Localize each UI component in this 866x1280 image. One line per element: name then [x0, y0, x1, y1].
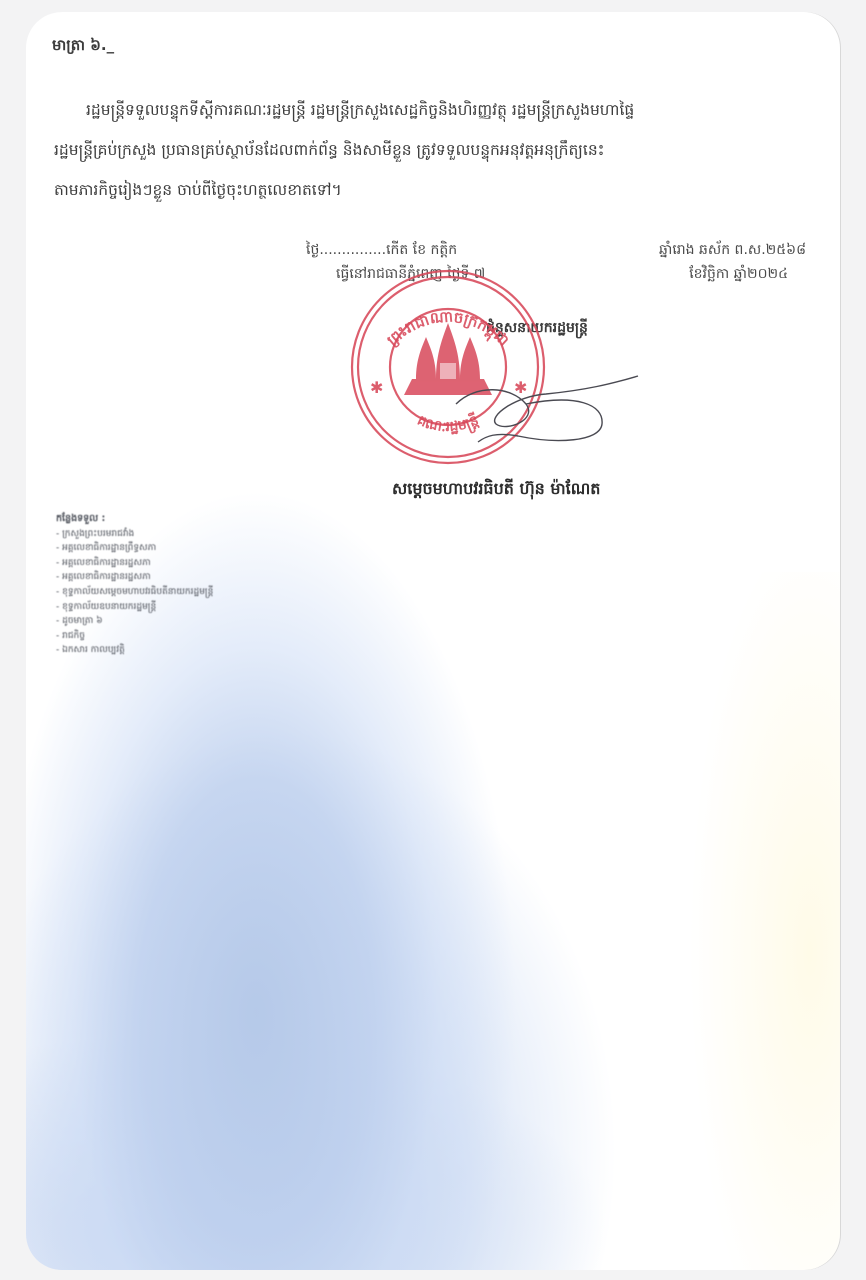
distribution-item: - អគ្គលេខាធិការដ្ឋានព្រឹទ្ធសភា — [56, 541, 213, 556]
signature-icon — [426, 364, 646, 454]
paragraph-line: រដ្ឋមន្ត្រីទទួលបន្ទុកទីស្តីការគណៈរដ្ឋមន្… — [54, 90, 794, 130]
warm-light-overlay — [660, 572, 840, 1270]
lunar-year: ឆ្នាំរោង ឆស័ក ព.ស.២៥៦៨ — [659, 238, 806, 262]
distribution-item: - ឯកសារ កាលប្បវត្តិ — [56, 643, 213, 658]
lunar-date: ថ្ងៃ...............កើត ខែ កត្តិក — [306, 238, 457, 262]
article-heading: មាត្រា ៦._ — [52, 36, 114, 58]
distribution-item: - ក្រសួងព្រះបរមរាជវាំង — [56, 527, 213, 542]
distribution-item: - ខុទ្ទកាល័យឧបនាយករដ្ឋមន្ត្រី — [56, 600, 213, 615]
distribution-item: - រាជកិច្ច — [56, 629, 213, 644]
paragraph-line: រដ្ឋមន្ត្រីគ្រប់ក្រសួង ប្រធានគ្រប់ស្ថាប័… — [54, 130, 794, 170]
paragraph-line: តាមភារកិច្ចរៀងៗខ្លួន ចាប់ពីថ្ងៃចុះហត្ថលេ… — [54, 170, 794, 210]
article-paragraph: រដ្ឋមន្ត្រីទទួលបន្ទុកទីស្តីការគណៈរដ្ឋមន្… — [54, 90, 794, 210]
svg-text:✱: ✱ — [370, 378, 383, 397]
distribution-title: កន្លែងទទួល : — [56, 512, 213, 527]
solar-month-year: ខែវិច្ឆិកា ឆ្នាំ២០២៤ — [689, 262, 788, 286]
distribution-item: - អគ្គលេខាធិការដ្ឋានរដ្ឋសភា — [56, 556, 213, 571]
distribution-list: កន្លែងទទួល : - ក្រសួងព្រះបរមរាជវាំង - អគ… — [56, 512, 213, 658]
lunar-date-row: ថ្ងៃ...............កើត ខែ កត្តិក ឆ្នាំរោ… — [306, 238, 806, 262]
document-photo: មាត្រា ៦._ រដ្ឋមន្ត្រីទទួលបន្ទុកទីស្តីកា… — [26, 12, 840, 1270]
signer-name: សម្តេចមហាបវរធិបតី ហ៊ុន ម៉ាណែត — [392, 478, 600, 502]
distribution-item: - អគ្គលេខាធិការដ្ឋានរដ្ឋសភា — [56, 570, 213, 585]
distribution-item: - ដូចមាត្រា ៦ — [56, 614, 213, 629]
distribution-item: - ខុទ្ទកាល័យសម្តេចមហាបវរធិបតីនាយករដ្ឋមន្… — [56, 585, 213, 600]
